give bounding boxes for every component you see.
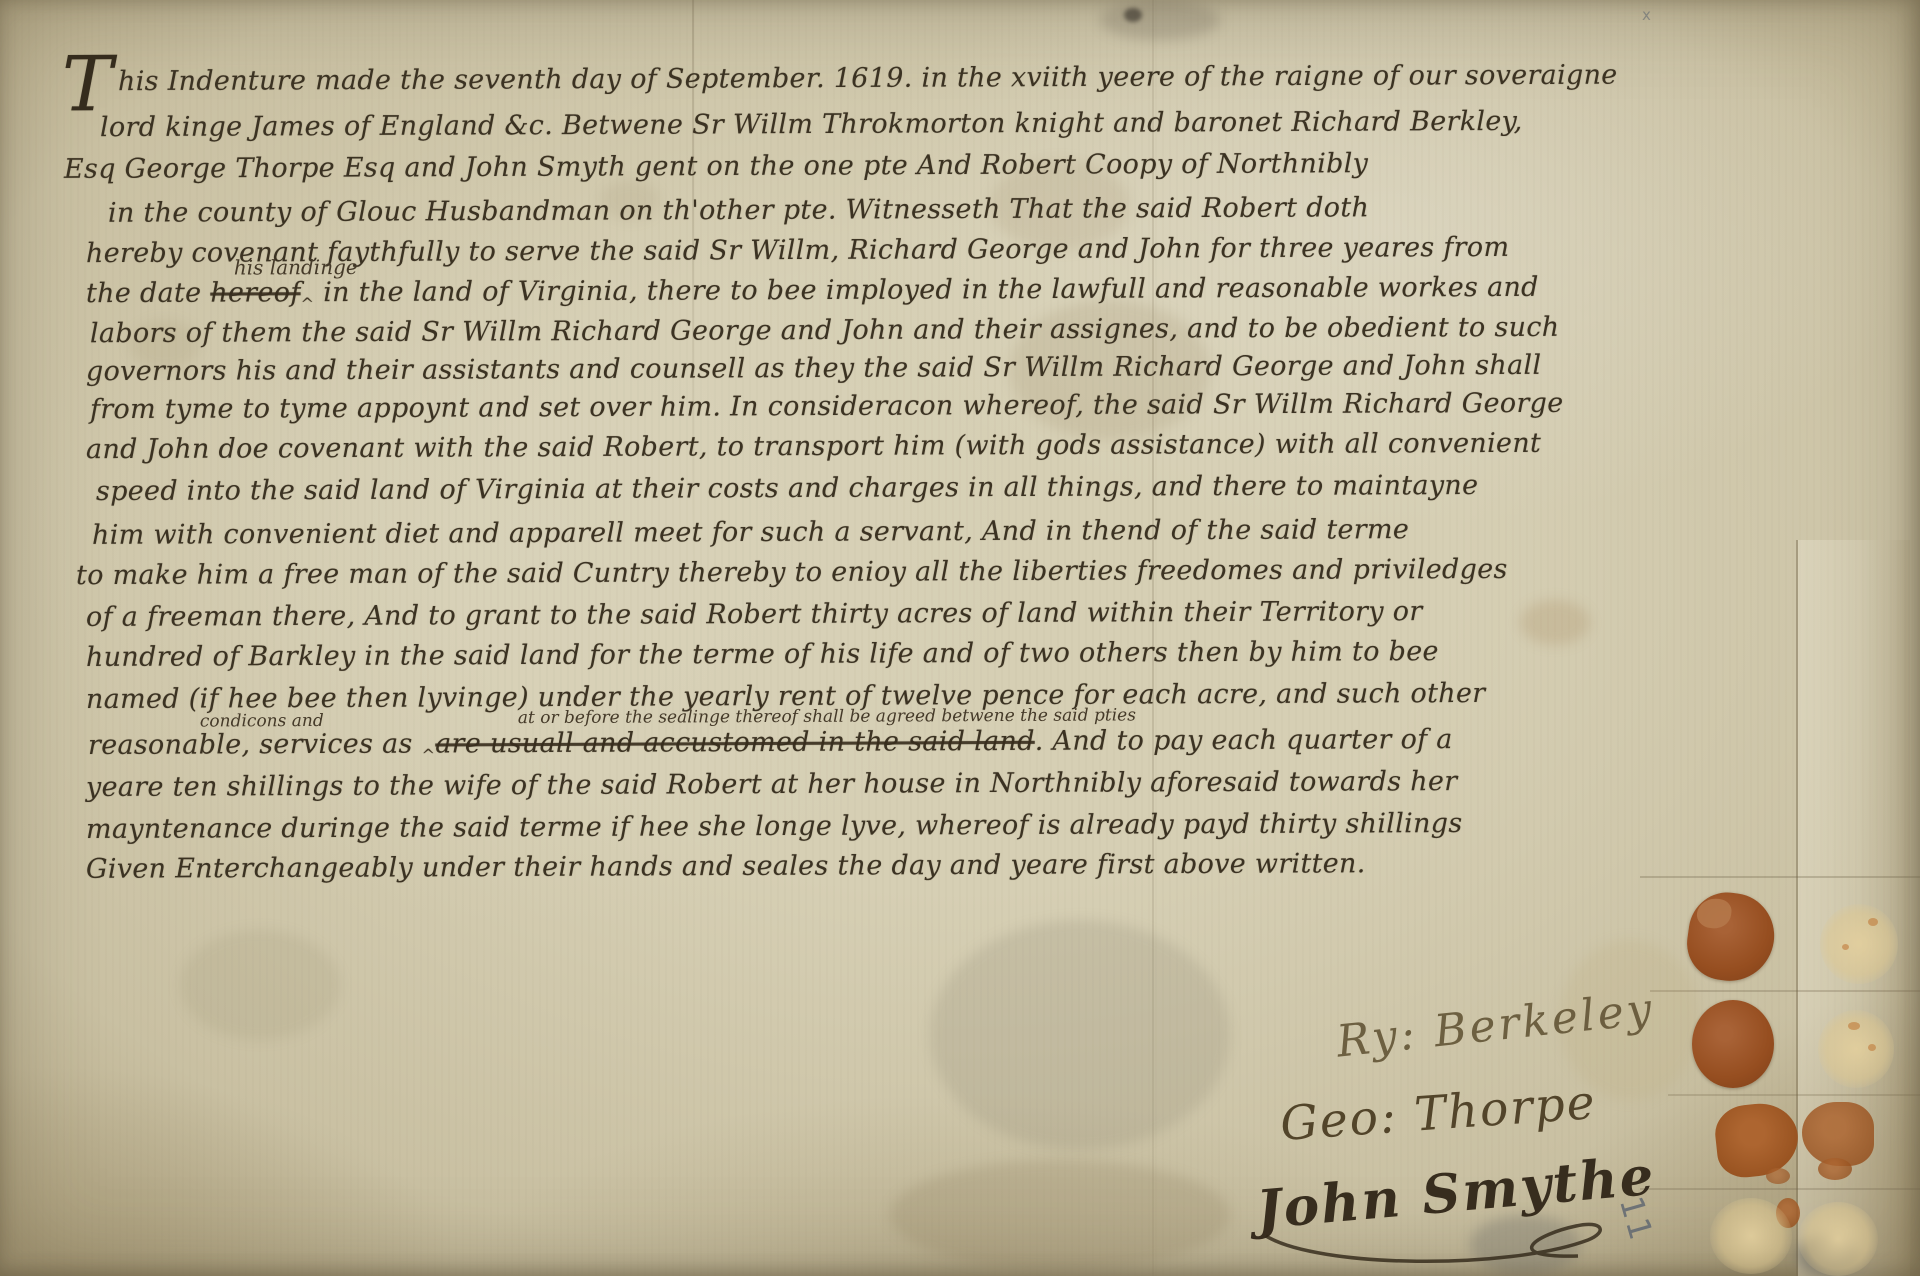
text-line: governors his and their assistants and c… [86, 351, 1541, 387]
fold-crease [1650, 990, 1920, 992]
wax-seal-3-fragment [1766, 1168, 1790, 1184]
signature-thorpe: Geo: Thorpe [1278, 1075, 1598, 1152]
text-line: labors of them the said Sr Willm Richard… [90, 313, 1560, 349]
faded-seal-4 [1798, 1202, 1878, 1276]
text-line-content: labors of them the said Sr Willm Richard… [90, 312, 1560, 349]
text-line: mayntenance duringe the said terme if he… [86, 809, 1463, 845]
wax-seal-highlight [1695, 896, 1733, 930]
wax-seal-3-fragment [1712, 1100, 1801, 1180]
text-line-content: from tyme to tyme appoynt and set over h… [90, 388, 1564, 425]
text-line: from tyme to tyme appoynt and set over h… [90, 389, 1564, 425]
text-line-content: yeare ten shillings to the wife of the s… [86, 766, 1458, 803]
text-line: Esq George Thorpe Esq and John Smyth gen… [64, 149, 1368, 185]
interlinear-insertion: his landinge [234, 252, 358, 283]
fold-crease [1640, 876, 1920, 878]
seal-speck [1848, 1022, 1860, 1030]
text-line-content: in the county of Glouc Husbandman on th'… [108, 192, 1369, 229]
fold-crease [1668, 1094, 1920, 1096]
text-line: speed into the said land of Virginia at … [96, 471, 1478, 507]
text-line: hundred of Barkley in the said land for … [86, 637, 1439, 673]
wax-seal-3-fragment [1818, 1158, 1852, 1180]
text-line-content: his Indenture made the seventh day of Se… [118, 60, 1618, 98]
text-line: and John doe covenant with the said Robe… [86, 429, 1541, 465]
text-line-content: to make him a free man of the said Cuntr… [76, 554, 1508, 591]
text-line-content: and John doe covenant with the said Robe… [86, 428, 1541, 465]
signature-flourish [1258, 1218, 1628, 1270]
text-line: condicons and at or before the sealinge … [88, 725, 1453, 772]
faded-seal-1 [1820, 904, 1898, 984]
signature-berkeley: Ry: Berkeley [1334, 983, 1657, 1067]
text-line: This Indenture made the seventh day of S… [62, 49, 1618, 113]
caret-mark: ^ [422, 745, 436, 764]
text-line: in the county of Glouc Husbandman on th'… [108, 193, 1369, 229]
stain [1520, 600, 1590, 645]
wax-seal-2 [1692, 1000, 1774, 1088]
manuscript-photo: This Indenture made the seventh day of S… [0, 0, 1920, 1276]
text-line-content: Esq George Thorpe Esq and John Smyth gen… [64, 148, 1368, 185]
seal-speck [1842, 944, 1849, 950]
text-line-content: Given Enterchangeably under their hands … [86, 848, 1366, 885]
interlinear-insertion: condicons and [200, 706, 324, 737]
text-line-content: in the land of Virginia, there to bee im… [314, 272, 1539, 308]
text-line: yeare ten shillings to the wife of the s… [86, 767, 1458, 803]
text-line-content: lord kinge James of England &c. Betwene … [100, 106, 1523, 143]
seal-speck [1868, 1044, 1876, 1051]
stain [180, 930, 340, 1040]
faded-seal-3 [1710, 1198, 1792, 1274]
text-line: lord kinge James of England &c. Betwene … [100, 107, 1523, 143]
faded-seal-2 [1818, 1010, 1894, 1088]
text-line-content: the date [86, 278, 210, 310]
seal-speck [1868, 918, 1878, 926]
text-line-content: him with convenient diet and apparell me… [92, 514, 1409, 551]
caret-mark: ^ [301, 294, 315, 313]
text-line-content: of a freeman there, And to grant to the … [86, 596, 1423, 633]
stain [1100, 0, 1220, 40]
stain [930, 920, 1230, 1150]
text-line-content: governors his and their assistants and c… [86, 350, 1541, 387]
text-line: him with convenient diet and apparell me… [92, 515, 1409, 551]
text-line-content: speed into the said land of Virginia at … [96, 470, 1478, 507]
text-line-content: mayntenance duringe the said terme if he… [86, 808, 1463, 845]
fold-crease [1640, 1188, 1920, 1190]
interlinear-insertion: at or before the sealinge thereof shall … [518, 700, 1136, 733]
text-line: of a freeman there, And to grant to the … [86, 597, 1423, 633]
text-line-content: hundred of Barkley in the said land for … [86, 636, 1439, 673]
corner-mark: x [1642, 6, 1651, 24]
text-line: to make him a free man of the said Cuntr… [76, 555, 1508, 591]
wax-seal-1 [1682, 887, 1779, 986]
text-line: Given Enterchangeably under their hands … [86, 849, 1366, 885]
stain [890, 1160, 1230, 1270]
wax-seal-3-fragment [1802, 1102, 1874, 1166]
stain [1124, 8, 1142, 22]
